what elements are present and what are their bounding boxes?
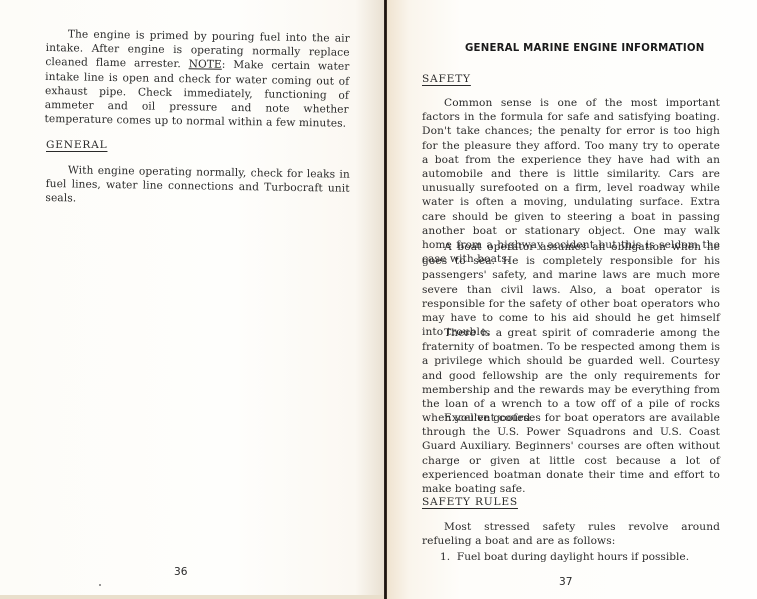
safety-paragraph-4: Excellent courses for boat operators are… xyxy=(422,411,720,496)
safety-rules-intro: Most stressed safety rules revolve aroun… xyxy=(422,520,720,548)
safety-rules-intro-text: Most stressed safety rules revolve aroun… xyxy=(422,520,720,548)
general-heading: GENERAL xyxy=(46,139,107,151)
book-gutter xyxy=(384,0,387,599)
page-number-left: 36 xyxy=(174,566,187,578)
rule-text: Fuel boat during daylight hours if possi… xyxy=(457,551,689,563)
safety-paragraph-text: A boat operator assumes an obligation wh… xyxy=(422,240,720,339)
note-label: NOTE xyxy=(189,59,222,72)
general-paragraph: With engine operating normally, check fo… xyxy=(45,163,350,210)
safety-paragraph-text: Excellent courses for boat operators are… xyxy=(422,411,720,496)
speck-mark xyxy=(99,584,101,586)
priming-paragraph: The engine is primed by pouring fuel int… xyxy=(44,27,350,131)
safety-heading: SAFETY xyxy=(422,73,471,85)
general-paragraph-block: With engine operating normally, check fo… xyxy=(45,163,350,210)
page-title: GENERAL MARINE ENGINE INFORMATION xyxy=(465,43,704,54)
safety-rule-item: 1. Fuel boat during daylight hours if po… xyxy=(440,551,689,563)
safety-rules-heading: SAFETY RULES xyxy=(422,496,518,508)
book-spread: The engine is primed by pouring fuel int… xyxy=(0,0,757,599)
safety-paragraph-2: A boat operator assumes an obligation wh… xyxy=(422,240,720,339)
page-number-right: 37 xyxy=(559,576,572,588)
priming-paragraph-block: The engine is primed by pouring fuel int… xyxy=(44,27,350,131)
rule-number: 1. xyxy=(440,551,450,563)
